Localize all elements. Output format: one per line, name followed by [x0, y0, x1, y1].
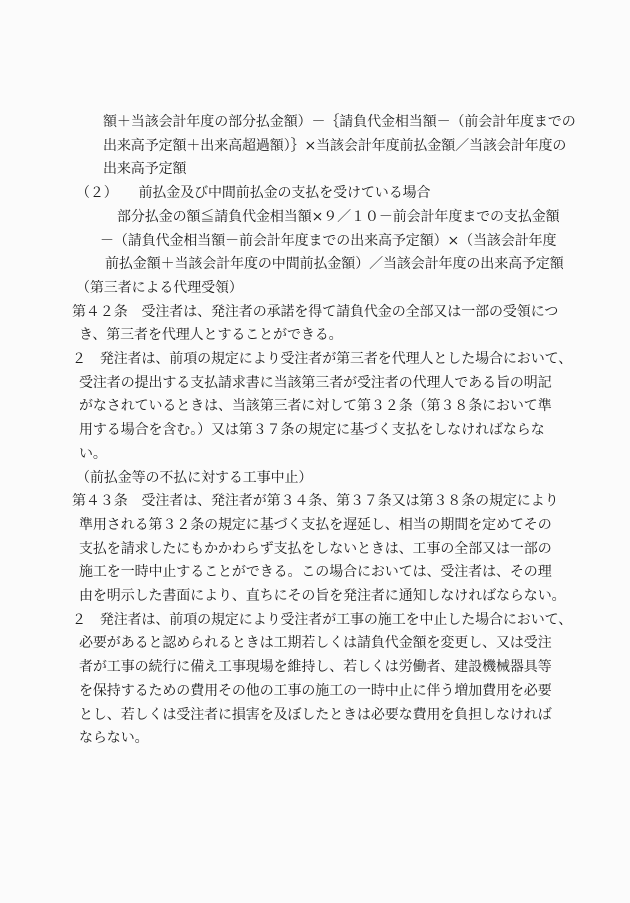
- section-caption-line: （前払金等の不払に対する工事中止）: [72, 467, 572, 491]
- article-43-line: 第４３条 受注者は、発注者が第３４条、第３７条又は第３８条の規定により: [72, 490, 572, 514]
- formula-continuation-line: 額＋当該会計年度の部分払金額）－｛請負代金相当額－（前会計年度までの: [72, 111, 572, 135]
- section-caption-line: （第三者による代理受領）: [72, 277, 572, 301]
- article-42-line: 第４２条 受注者は、発注者の承諾を得て請負代金の全部又は一部の受領につ: [72, 301, 572, 325]
- article-43-para2-line: ならない。: [72, 727, 572, 751]
- article-42-para2-line: ２ 発注者は、前項の規定により受注者が第三者を代理人とした場合において、: [72, 348, 572, 372]
- document-body: 額＋当該会計年度の部分払金額）－｛請負代金相当額－（前会計年度までの 出来高予定…: [72, 111, 572, 751]
- article-43-para2-line: を保持するための費用その他の工事の施工の一時中止に伴う増加費用を必要: [72, 680, 572, 704]
- article-43-line: 支払を請求したにもかかわらず支払をしないときは、工事の全部又は一部の: [72, 538, 572, 562]
- article-43-para2-line: とし、若しくは受注者に損害を及ぼしたときは必要な費用を負担しなければ: [72, 704, 572, 728]
- formula-line: －（請負代金相当額－前会計年度までの出来高予定額）×（当該会計年度: [72, 230, 572, 254]
- formula-continuation-line: 出来高予定額＋出来高超過額）｝×当該会計年度前払金額／当該会計年度の: [72, 135, 572, 159]
- article-42-para2-line: 用する場合を含む。）又は第３７条の規定に基づく支払をしなければならな: [72, 419, 572, 443]
- article-42-line: き、第三者を代理人とすることができる。: [72, 324, 572, 348]
- formula-continuation-line: 出来高予定額: [72, 158, 572, 182]
- formula-line: 前払金額＋当該会計年度の中間前払金額）／当該会計年度の出来高予定額: [72, 253, 572, 277]
- article-43-line: 準用される第３２条の規定に基づく支払を遅延し、相当の期間を定めてその: [72, 514, 572, 538]
- article-43-para2-line: 者が工事の続行に備え工事現場を維持し、若しくは労働者、建設機械器具等: [72, 656, 572, 680]
- article-42-para2-line: い。: [72, 443, 572, 467]
- article-42-para2-line: がなされているときは、当該第三者に対して第３２条（第３８条において準: [72, 395, 572, 419]
- article-43-line: 由を明示した書面により、直ちにその旨を発注者に通知しなければならない。: [72, 585, 572, 609]
- formula-line: 部分払金の額≦請負代金相当額×９／１０－前会計年度までの支払金額: [72, 206, 572, 230]
- article-43-para2-line: 必要があると認められるときは工期若しくは請負代金額を変更し、又は受注: [72, 632, 572, 656]
- list-item-2-line: （２） 前払金及び中間前払金の支払を受けている場合: [72, 182, 572, 206]
- article-43-line: 施工を一時中止することができる。この場合においては、受注者は、その理: [72, 561, 572, 585]
- article-43-para2-line: ２ 発注者は、前項の規定により受注者が工事の施工を中止した場合において、: [72, 609, 572, 633]
- document-page: 額＋当該会計年度の部分払金額）－｛請負代金相当額－（前会計年度までの 出来高予定…: [0, 0, 630, 903]
- article-42-para2-line: 受注者の提出する支払請求書に当該第三者が受注者の代理人である旨の明記: [72, 372, 572, 396]
